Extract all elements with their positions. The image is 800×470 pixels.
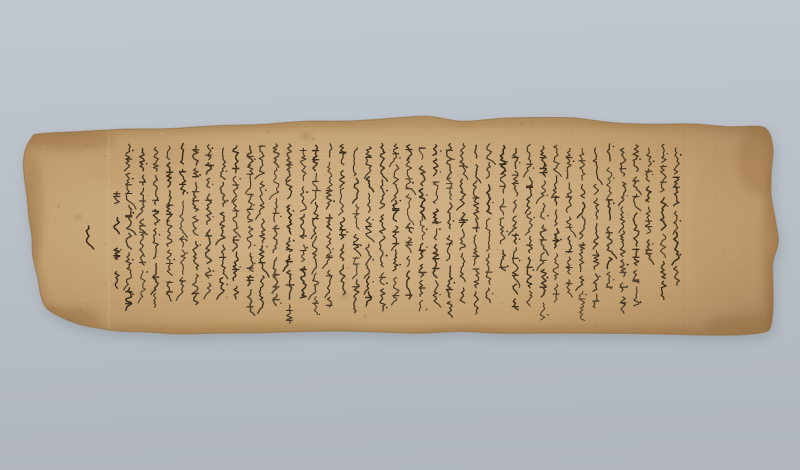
manuscript-photo xyxy=(0,0,800,470)
fold-crease xyxy=(108,132,109,330)
paper-stain xyxy=(76,215,80,218)
photo-background xyxy=(0,0,800,470)
paper-stain xyxy=(690,150,760,310)
fold-crease xyxy=(683,128,684,331)
paper-stain xyxy=(25,129,115,151)
paper-stain xyxy=(140,118,660,130)
paper-stain xyxy=(301,134,311,139)
